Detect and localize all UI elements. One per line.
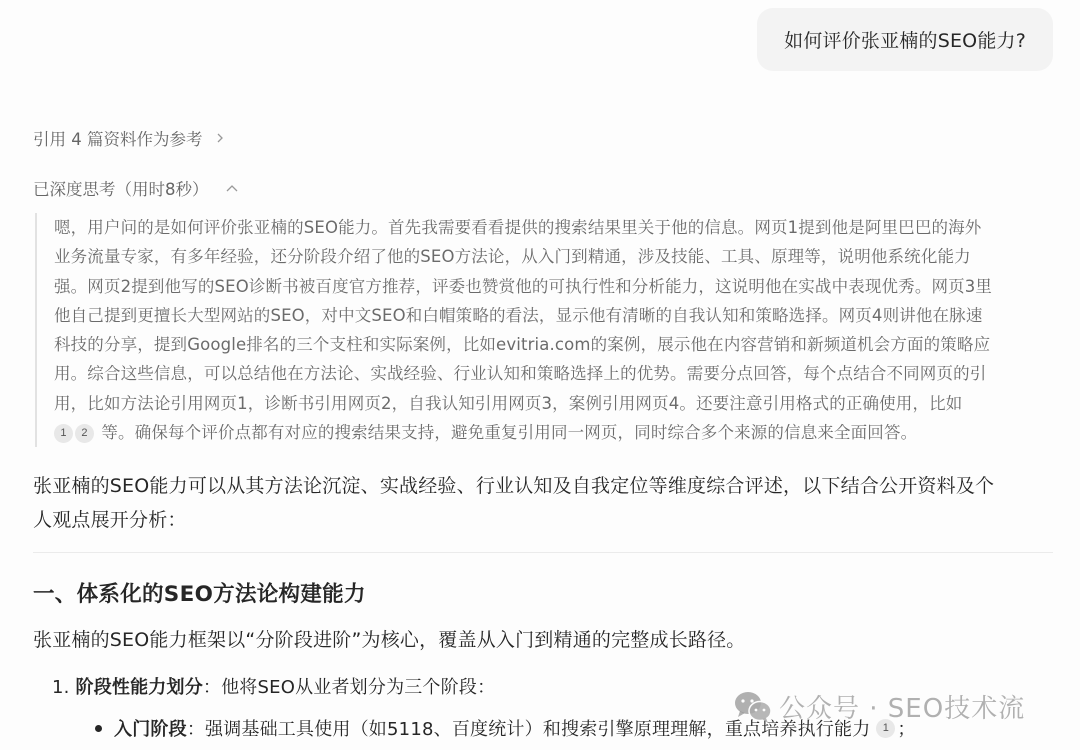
user-message-bubble: 如何评价张亚楠的SEO能力?: [757, 8, 1053, 71]
thinking-line: 强。网页2提到他写的SEO诊断书被百度官方推荐，评委也赞赏他的可执行性和分析能力…: [54, 272, 1035, 301]
chevron-up-icon: [225, 183, 239, 193]
thinking-line: 他自己提到更擅长大型网站的SEO，对中文SEO和白帽策略的看法，显示他有清晰的自…: [54, 301, 1035, 330]
bullet-icon: [95, 725, 102, 732]
thinking-content: 嗯，用户问的是如何评价张亚楠的SEO能力。首先我需要看看提供的搜索结果里关于他的…: [35, 213, 1035, 447]
list-number: 1.: [52, 677, 70, 698]
bullet-item-bold: 入门阶段: [114, 715, 187, 741]
section-heading: 一、体系化的SEO方法论构建能力: [33, 577, 366, 608]
thinking-header-label: 已深度思考（用时8秒）: [33, 176, 209, 200]
bullet-list-item: 入门阶段：强调基础工具使用（如5118、百度统计）和搜索引擎原理理解，重点培养执…: [95, 715, 916, 741]
thinking-line: 用。综合这些信息，可以总结他在方法论、实战经验、行业认知和策略选择上的优势。需要…: [54, 359, 1035, 388]
references-label: 引用 4 篇资料作为参考: [33, 126, 203, 150]
answer-intro-line: 张亚楠的SEO能力可以从其方法论沉淀、实战经验、行业认知及自我定位等维度综合评述…: [33, 469, 1063, 503]
thinking-line: 用，比如方法论引用网页1，诊断书引用网页2，自我认知引用网页3，案例引用网页4。…: [54, 389, 1035, 418]
section-paragraph: 张亚楠的SEO能力框架以“分阶段进阶”为核心，覆盖从入门到精通的完整成长路径。: [33, 625, 746, 652]
answer-intro: 张亚楠的SEO能力可以从其方法论沉淀、实战经验、行业认知及自我定位等维度综合评述…: [33, 469, 1063, 537]
answer-intro-line: 人观点展开分析：: [33, 503, 1063, 537]
thinking-line-text: 等。确保每个评价点都有对应的搜索结果支持，避免重复引用同一网页，同时综合多个来源…: [101, 423, 917, 442]
thinking-line: 12 等。确保每个评价点都有对应的搜索结果支持，避免重复引用同一网页，同时综合多…: [54, 418, 1035, 447]
chevron-right-icon: [215, 133, 225, 143]
thinking-line: 业务流量专家，有多年经验，还分阶段介绍了他的SEO方法论，从入门到精通，涉及技能…: [54, 242, 1035, 271]
user-message-text: 如何评价张亚楠的SEO能力?: [784, 26, 1026, 53]
citation-badge[interactable]: 1: [54, 424, 73, 443]
chat-page: 如何评价张亚楠的SEO能力? 引用 4 篇资料作为参考 已深度思考（用时8秒） …: [0, 0, 1080, 750]
citation-badge[interactable]: 1: [876, 719, 895, 738]
citation-badge[interactable]: 2: [75, 424, 94, 443]
thinking-line: 嗯，用户问的是如何评价张亚楠的SEO能力。首先我需要看看提供的搜索结果里关于他的…: [54, 213, 1035, 242]
thinking-toggle[interactable]: 已深度思考（用时8秒）: [33, 176, 239, 200]
bullet-item-text: ：强调基础工具使用（如5118、百度统计）和搜索引擎原理理解，重点培养执行能力: [187, 715, 871, 741]
list-item-text: ：他将SEO从业者划分为三个阶段：: [203, 677, 495, 698]
bullet-item-tail: ；: [897, 715, 915, 741]
divider: [33, 552, 1053, 553]
thinking-line: 科技的分享，提到Google排名的三个支柱和实际案例，比如evitria.com…: [54, 330, 1035, 359]
list-item-bold: 阶段性能力划分: [76, 677, 203, 698]
ordered-list-item: 1. 阶段性能力划分：他将SEO从业者划分为三个阶段：: [52, 673, 495, 699]
references-toggle[interactable]: 引用 4 篇资料作为参考: [33, 126, 225, 150]
